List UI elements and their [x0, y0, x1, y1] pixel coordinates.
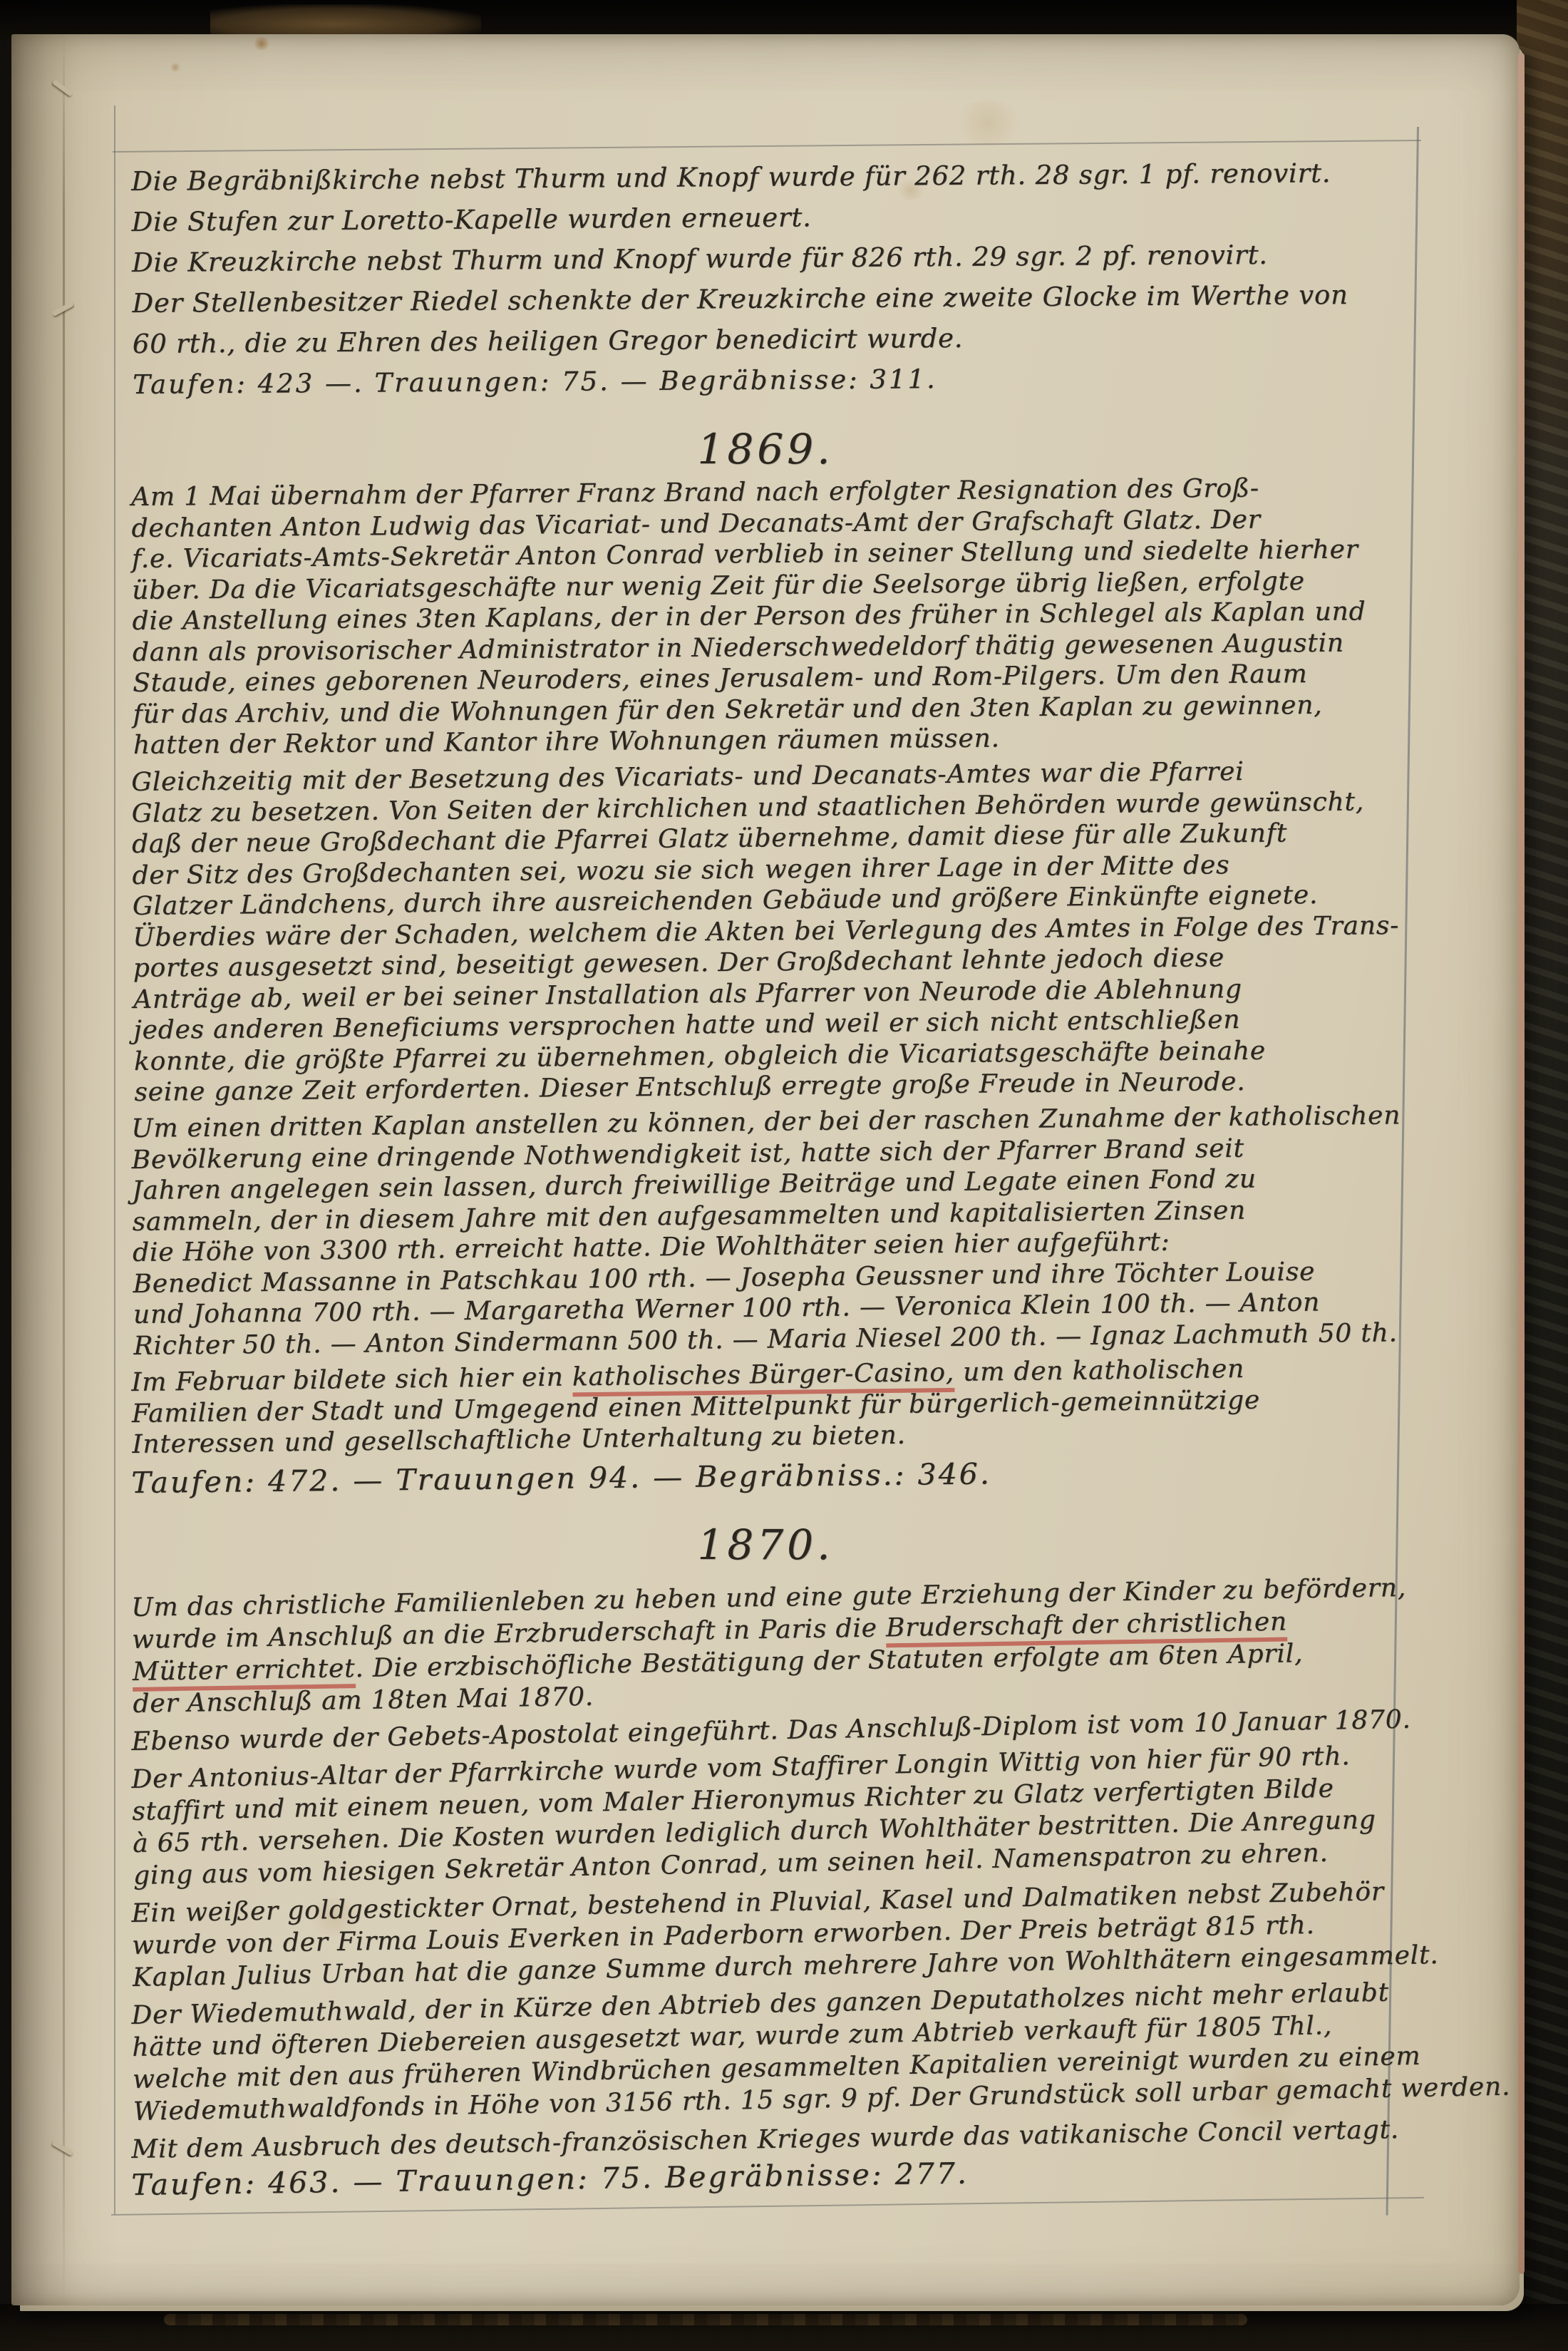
ruled-border-left: [114, 106, 115, 2214]
year-heading-1869: 1869.: [131, 423, 1400, 475]
binding-gutter-shadow: [11, 34, 118, 2305]
paragraph-p1869-4: Im Februar bildete sich hier ein katholi…: [131, 1351, 1450, 1460]
paper-stain: [952, 100, 1023, 145]
ruled-border-top: [113, 140, 1421, 153]
paragraph-p1870-4: Ein weißer goldgestickter Ornat, bestehe…: [131, 1874, 1451, 1993]
cover-fiber-texture: [164, 2314, 1247, 2325]
manuscript-page: Die Begräbnißkirche nebst Thurm und Knop…: [11, 34, 1520, 2305]
paragraph-p1869-3: Um einen dritten Kaplan anstellen zu kön…: [131, 1100, 1453, 1362]
paragraph-intro: Die Begräbnißkirche nebst Thurm und Knop…: [131, 152, 1451, 405]
paragraph-p1870-3: Der Antonius-Altar der Pfarrkirche wurde…: [131, 1738, 1452, 1891]
book-cover-bottom-edge: [0, 2304, 1568, 2351]
paragraph-p1870-5: Der Wiedemuthwald, der in Kürze den Abtr…: [131, 1975, 1452, 2128]
paragraph-p1869-1: Am 1 Mai übernahm der Pfarrer Franz Bran…: [131, 471, 1452, 761]
statistics-line: Taufen: 423 —. Trauungen: 75. — Begräbni…: [133, 355, 1451, 405]
paper-stain: [252, 37, 271, 50]
paragraph-p1870-1: Um das christliche Familienleben zu hebe…: [131, 1570, 1452, 1719]
statistics-line: Taufen: 472. — Trauungen 94. — Begräbnis…: [131, 1451, 1450, 1500]
manuscript-text: Die Begräbnißkirche nebst Thurm und Knop…: [131, 161, 1450, 2203]
paragraph-p1869-2: Gleichzeitig mit der Besetzung des Vicar…: [131, 754, 1453, 1108]
year-heading-1870: 1870.: [131, 1519, 1400, 1570]
binding-crease: [63, 34, 65, 2305]
paper-stain: [170, 63, 181, 72]
paragraph-stats1869: Taufen: 472. — Trauungen 94. — Begräbnis…: [131, 1451, 1450, 1500]
